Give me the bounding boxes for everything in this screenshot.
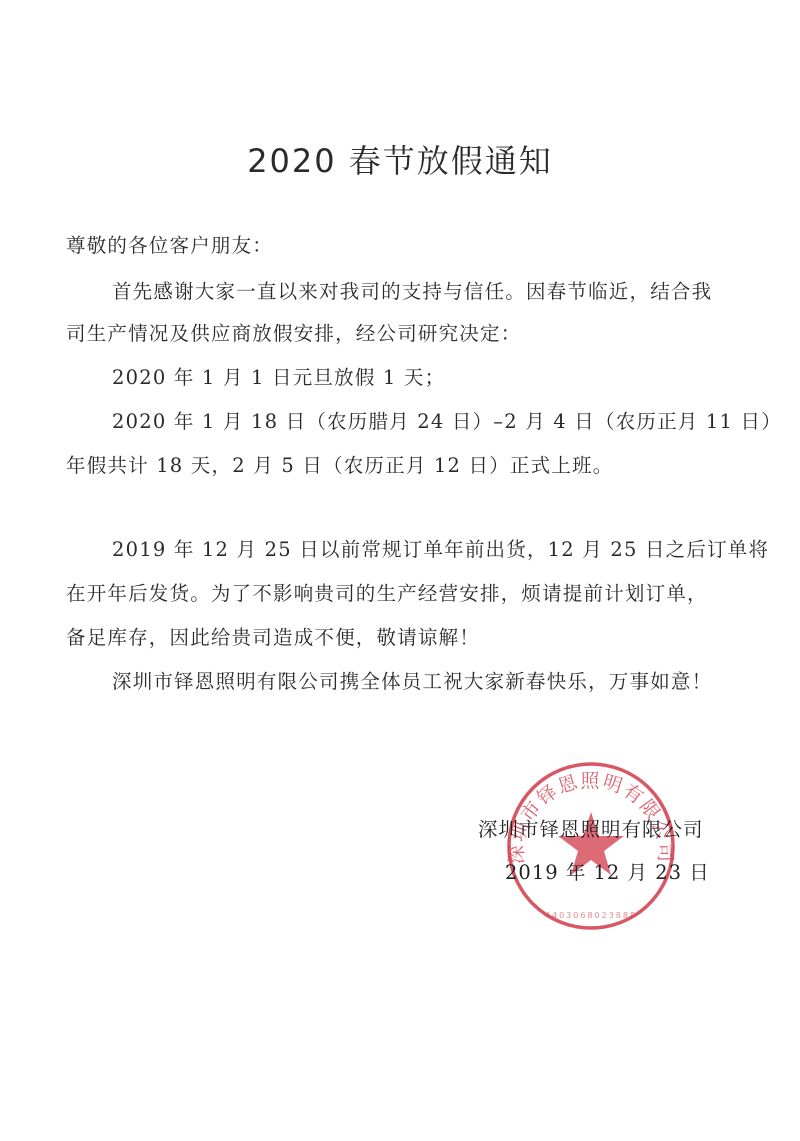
paragraph-line: 在开年后发货。为了不影响贵司的生产经营安排，烦请提前计划订单， <box>66 578 708 606</box>
notice-title: 2020 春节放假通知 <box>0 136 800 182</box>
paragraph-line: 深圳市铎恩照明有限公司携全体员工祝大家新春快乐，万事如意！ <box>112 666 712 694</box>
paragraph-line: 备足库存，因此给贵司造成不便，敬请谅解！ <box>66 622 480 650</box>
paragraph-line: 2020 年 1 月 18 日（农历腊月 24 日）–2 月 4 日（农历正月 … <box>112 406 782 434</box>
signature-date: 2019 年 12 月 23 日 <box>505 857 710 885</box>
company-seal-icon: 深圳市铎恩照明有限公司 4403068023888 <box>505 760 677 932</box>
paragraph-line: 首先感谢大家一直以来对我司的支持与信任。因春节临近，结合我 <box>112 276 712 304</box>
paragraph-line: 2019 年 12 月 25 日以前常规订单年前出货，12 月 25 日之后订单… <box>112 534 769 562</box>
salutation: 尊敬的各位客户朋友： <box>66 230 273 258</box>
signature-company: 深圳市铎恩照明有限公司 <box>478 814 704 842</box>
paragraph-line: 2020 年 1 月 1 日元旦放假 1 天； <box>112 362 445 390</box>
paragraph-line: 司生产情况及供应商放假安排，经公司研究决定： <box>66 318 521 346</box>
paragraph-line: 年假共计 18 天，2 月 5 日（农历正月 12 日）正式上班。 <box>66 450 613 478</box>
svg-text:4403068023888: 4403068023888 <box>545 911 637 920</box>
